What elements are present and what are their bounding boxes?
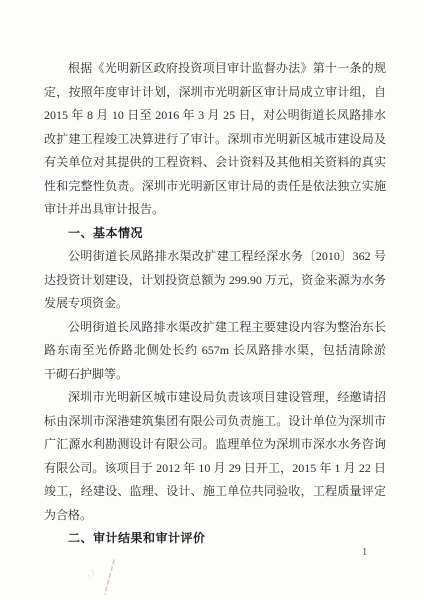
red-pen-mark-icon [78,548,138,600]
text-line: 有关单位对其提供的工程资料、会计资料及其他相关资料的真实 [44,151,386,175]
text-line: 改扩建工程竣工决算进行了审计。深圳市光明新区城市建设局及 [44,128,386,152]
text-line: 深圳市光明新区城市建设局负责该项目建设管理，经邀请招 [44,386,386,410]
text-line: 标由深圳市深港建筑集团有限公司负责施工。设计单位为深圳市 [44,410,386,434]
text-line: 有限公司。该项目于 2012 年 10 月 29 日开工，2015 年 1 月 … [44,457,386,481]
text-line: 广汇源水利勘测设计有限公司。监理单位为深圳市深水水务咨询 [44,433,386,457]
text-line: 定，按照年度审计计划，深圳市光明新区审计局成立审计组，自 [44,81,386,105]
text-line: 为合格。 [44,504,386,528]
paragraph: 深圳市光明新区城市建设局负责该项目建设管理，经邀请招标由深圳市深港建筑集团有限公… [44,386,386,527]
text-line: 竣工，经建设、监理、设计、施工单位共同验收，工程质量评定 [44,480,386,504]
text-line: 性和完整性负责。深圳市光明新区审计局的责任是依法独立实施 [44,175,386,199]
text-line: 2015 年 8 月 10 日至 2016 年 3 月 25 日，对公明街道长凤… [44,104,386,128]
text-line: 审计并出具审计报告。 [44,198,386,222]
text-line: 干砌石护脚等。 [44,363,386,387]
scanned-document-page: 根据《光明新区政府投资项目审计监督办法》第十一条的规定，按照年度审计计划，深圳市… [0,0,424,600]
paragraph: 根据《光明新区政府投资项目审计监督办法》第十一条的规定，按照年度审计计划，深圳市… [44,57,386,222]
paragraph: 公明街道长凤路排水渠改扩建工程经深水务〔2010〕362 号下达投资计划建设，计… [44,245,386,316]
paragraph: 公明街道长凤路排水渠改扩建工程主要建设内容为整治东长路东南至光侨路北侧处长约 6… [44,316,386,387]
section-heading: 一、基本情况 [44,222,386,246]
text-line: 公明街道长凤路排水渠改扩建工程主要建设内容为整治东长 [44,316,386,340]
text-line: 根据《光明新区政府投资项目审计监督办法》第十一条的规 [44,57,386,81]
section-heading: 二、审计结果和审计评价 [44,527,386,551]
page-number: 1 [362,547,367,558]
text-line: 公明街道长凤路排水渠改扩建工程经深水务〔2010〕362 号下 [44,245,386,269]
text-line: 达投资计划建设，计划投资总额为 299.90 万元，资金来源为水务 [44,269,386,293]
red-stroke-faint [89,570,94,579]
document-body: 根据《光明新区政府投资项目审计监督办法》第十一条的规定，按照年度审计计划，深圳市… [44,57,386,551]
text-line: 发展专项资金。 [44,292,386,316]
text-line: 二、审计结果和审计评价 [44,527,386,551]
red-stroke-main [105,560,114,594]
text-line: 路东南至光侨路北侧处长约 657m 长凤路排水渠，包括清除淤泥、 [44,339,386,363]
text-line: 一、基本情况 [44,222,386,246]
